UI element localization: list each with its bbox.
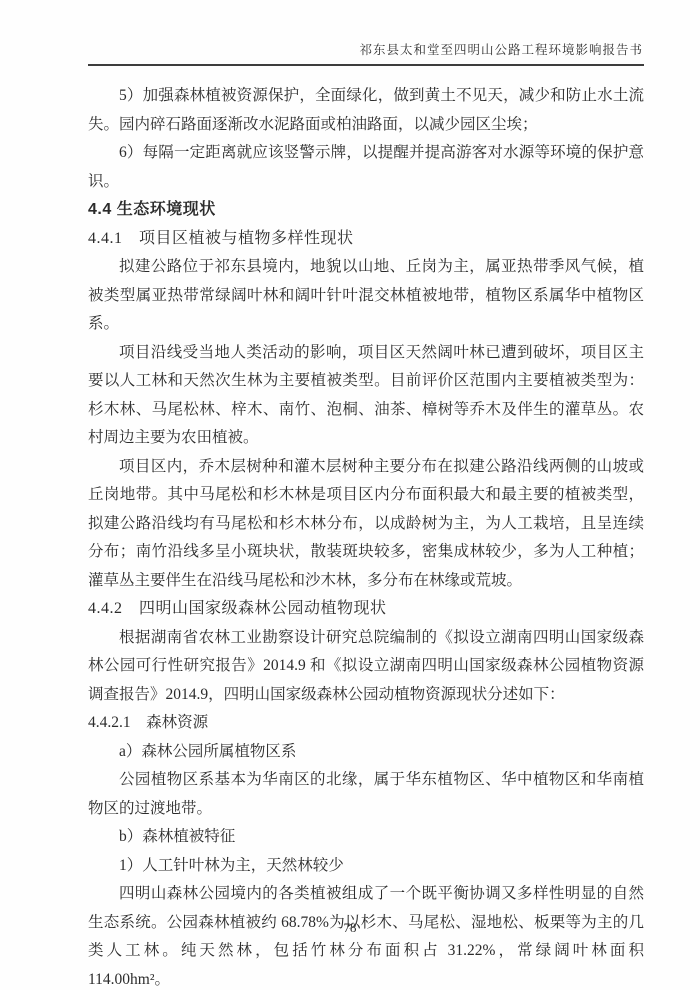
- list-item-a-flora-region: a）森林公园所属植物区系: [88, 738, 644, 767]
- page-footer: 78: [0, 920, 700, 936]
- paragraph-forest-park-reports: 根据湖南省农林工业勘察设计研究总院编制的《拟设立湖南四明山国家级森林公园可行性研…: [88, 624, 644, 710]
- paragraph-flora-region-detail: 公园植物区系基本为华南区的北缘，属于华东植物区、华中植物区和华南植物区的过渡地带…: [88, 766, 644, 823]
- running-header-title: 祁东县太和堂至四明山公路工程环境影响报告书: [88, 40, 643, 58]
- document-page: 祁东县太和堂至四明山公路工程环境影响报告书 5）加强森林植被资源保护，全面绿化，…: [0, 0, 700, 990]
- paragraph-vegetation-distribution: 项目区内，乔木层树种和灌木层树种主要分布在拟建公路沿线两侧的山坡或丘岗地带。其中…: [88, 453, 644, 596]
- section-heading-4-4-1: 4.4.1 项目区植被与植物多样性现状: [88, 225, 644, 254]
- section-heading-4-4: 4.4 生态环境现状: [88, 196, 644, 225]
- paragraph-vegetation-overview: 拟建公路位于祁东县境内，地貌以山地、丘岗为主，属亚热带季风气候，植被类型属亚热带…: [88, 253, 644, 339]
- paragraph-measure-6: 6）每隔一定距离就应该竖警示牌，以提醒并提高游客对水源等环境的保护意识。: [88, 139, 644, 196]
- paragraph-measure-5: 5）加强森林植被资源保护，全面绿化，做到黄土不见天，减少和防止水土流失。园内碎石…: [88, 82, 644, 139]
- header-rule: [88, 64, 644, 66]
- list-item-b-vegetation-features: b）森林植被特征: [88, 823, 644, 852]
- section-heading-4-4-2: 4.4.2 四明山国家级森林公园动植物现状: [88, 595, 644, 624]
- paragraph-vegetation-types: 项目沿线受当地人类活动的影响，项目区天然阔叶林已遭到破坏，项目区主要以人工林和天…: [88, 339, 644, 453]
- list-item-b1-coniferous: 1）人工针叶林为主，天然林较少: [88, 852, 644, 881]
- page-number: 78: [344, 920, 357, 935]
- section-heading-4-4-2-1: 4.4.2.1 森林资源: [88, 709, 644, 738]
- document-body: 5）加强森林植被资源保护，全面绿化，做到黄土不见天，减少和防止水土流失。园内碎石…: [88, 82, 644, 990]
